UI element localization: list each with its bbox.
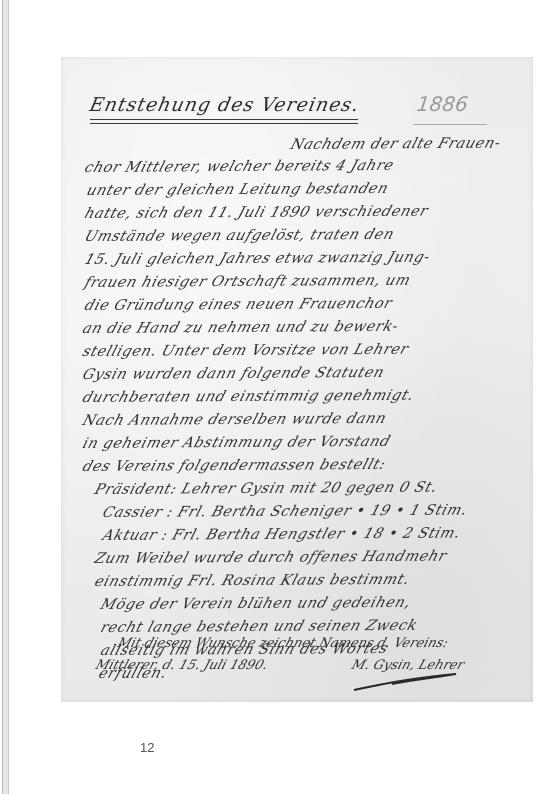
annotation-underline xyxy=(413,124,487,125)
book-binding-edge xyxy=(2,0,9,794)
board-actuary-line: Aktuar : Frl. Bertha Hengstler • 18 • 2 … xyxy=(100,526,462,544)
board-president-line: Präsident: Lehrer Gysin mit 20 gegen 0 S… xyxy=(92,480,439,498)
handwritten-line: Gysin wurden dann folgende Statuten xyxy=(80,365,386,383)
handwritten-line: Zum Weibel wurde durch offenes Handmehr xyxy=(92,549,448,567)
title-underline xyxy=(90,119,358,124)
handwritten-line: Nach Annahme derselben wurde dann xyxy=(80,411,388,429)
closing-line: Mit diesem Wunsche zeichnet Namens d. Ve… xyxy=(116,636,450,651)
document-photograph: Entstehung des Vereines. 1886 Nachdem de… xyxy=(61,57,533,702)
handwritten-line: Umstände wegen aufgelöst, traten den xyxy=(82,227,396,245)
handwritten-line: die Gründung eines neuen Frauenchor xyxy=(82,296,394,314)
handwritten-line: Möge der Verein blühen und gedeihen, xyxy=(98,595,413,613)
handwritten-line: stelligen. Unter dem Vorsitze von Lehrer xyxy=(80,342,410,360)
pencil-year-annotation: 1886 xyxy=(415,92,469,116)
handwritten-line: 15. Juli gleichen Jahres etwa zwanzig Ju… xyxy=(82,250,432,268)
handwritten-line: recht lange bestehen und seinen Zweck xyxy=(98,618,419,636)
handwritten-line: an die Hand zu nehmen und zu bewerk- xyxy=(80,319,400,337)
document-title: Entstehung des Vereines. xyxy=(88,94,362,116)
handwritten-line: hatte, sich den 11. Juli 1890 verschiede… xyxy=(82,204,430,222)
handwritten-line: des Vereins folgendermassen bestellt: xyxy=(80,457,387,475)
handwritten-line: chor Mittlerer, welcher bereits 4 Jahre xyxy=(82,158,396,176)
handwritten-line: unter der gleichen Leitung bestanden xyxy=(84,181,390,199)
page-number: 12 xyxy=(140,740,154,755)
handwritten-line: in geheimer Abstimmung der Vorstand xyxy=(80,434,392,452)
handwritten-line: Nachdem der alte Frauen- xyxy=(288,136,502,153)
place-date: Mittlerer, d. 15. Juli 1890. xyxy=(94,658,270,673)
signature-flourish xyxy=(352,670,462,692)
handwritten-line: einstimmig Frl. Rosina Klaus bestimmt. xyxy=(92,572,411,590)
handwritten-line: frauen hiesiger Ortschaft zusammen, um xyxy=(82,273,412,291)
board-cashier-line: Cassier : Frl. Bertha Scheniger • 19 • 1… xyxy=(100,502,469,521)
handwritten-line: durchberaten und einstimmig genehmigt. xyxy=(80,388,416,406)
